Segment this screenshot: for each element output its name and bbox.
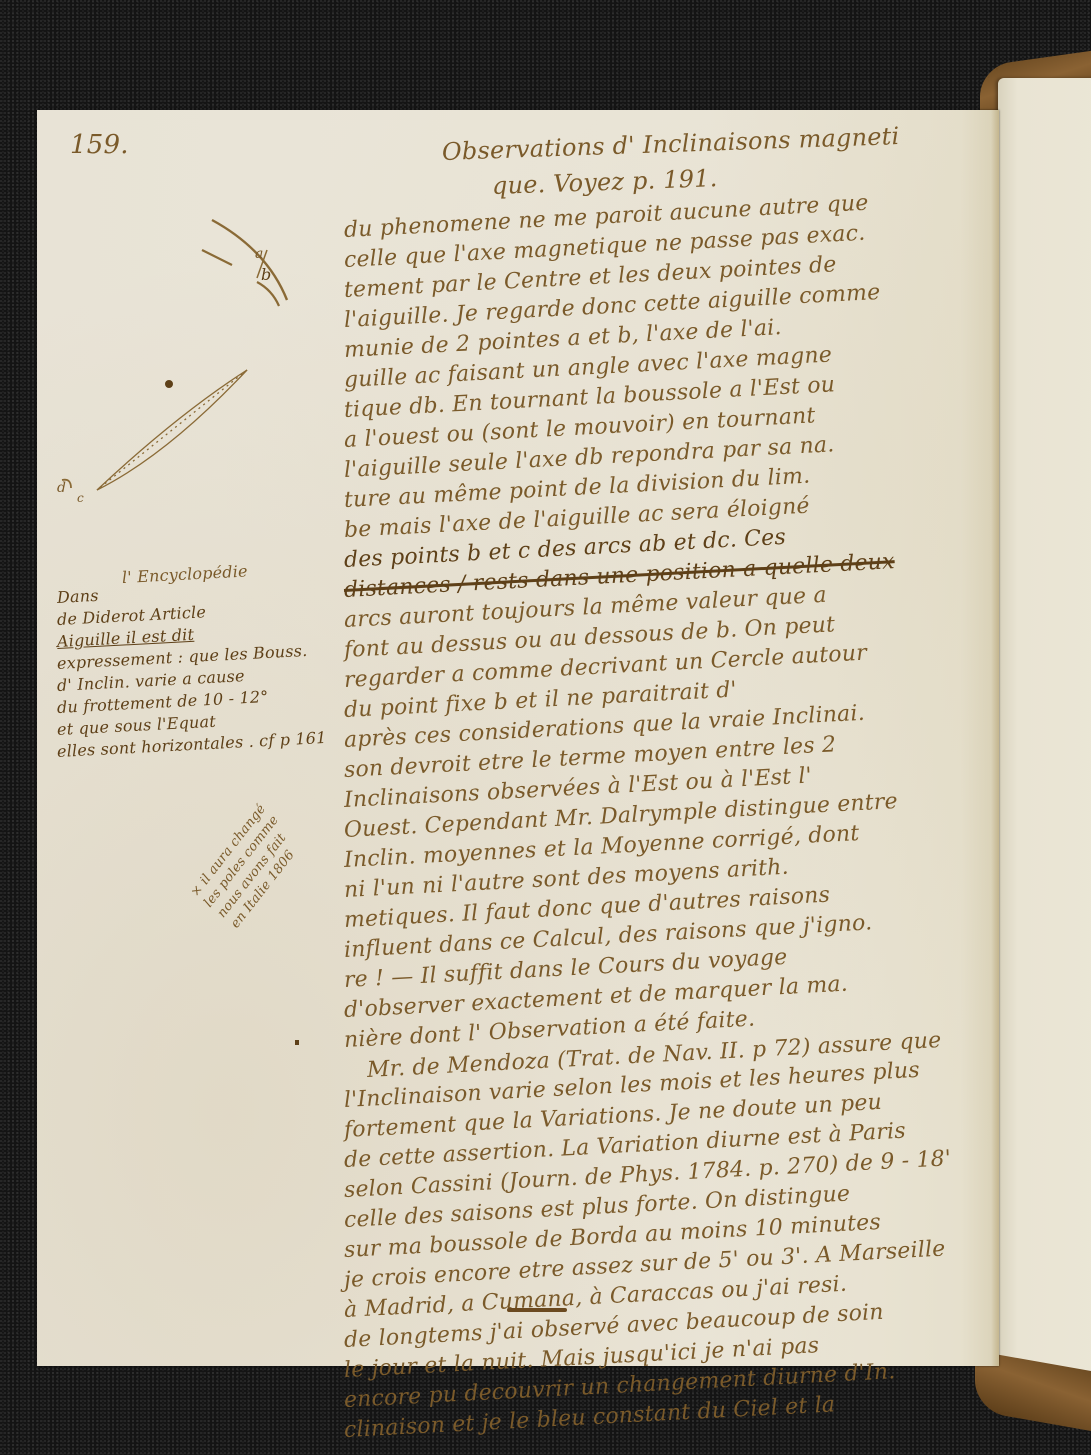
page-title-line-2: que. Voyez p. 191. [492, 164, 718, 200]
margin-note-line: l' Encyclopédie [122, 561, 249, 587]
manuscript-page: 159. Observations d' Inclinaisons magnet… [37, 110, 999, 1366]
page-title-line-1: Observations d' Inclinaisons magneti [442, 122, 900, 166]
magnetic-needle-diagram: a b c d [57, 190, 317, 510]
page-gutter [991, 110, 999, 1366]
label-a: a [255, 246, 263, 262]
end-flourish [507, 1308, 567, 1312]
label-b: b [261, 265, 271, 284]
diagonal-footnote: × il aura changé les poles comme nous av… [187, 801, 310, 932]
ink-speck [295, 1040, 299, 1045]
page-number: 159. [70, 130, 129, 160]
label-c: c [77, 491, 84, 505]
next-page-edge [998, 78, 1091, 1408]
margin-note-line: Dans [57, 586, 100, 607]
label-d: d [57, 480, 66, 496]
needle-pivot [165, 380, 173, 388]
